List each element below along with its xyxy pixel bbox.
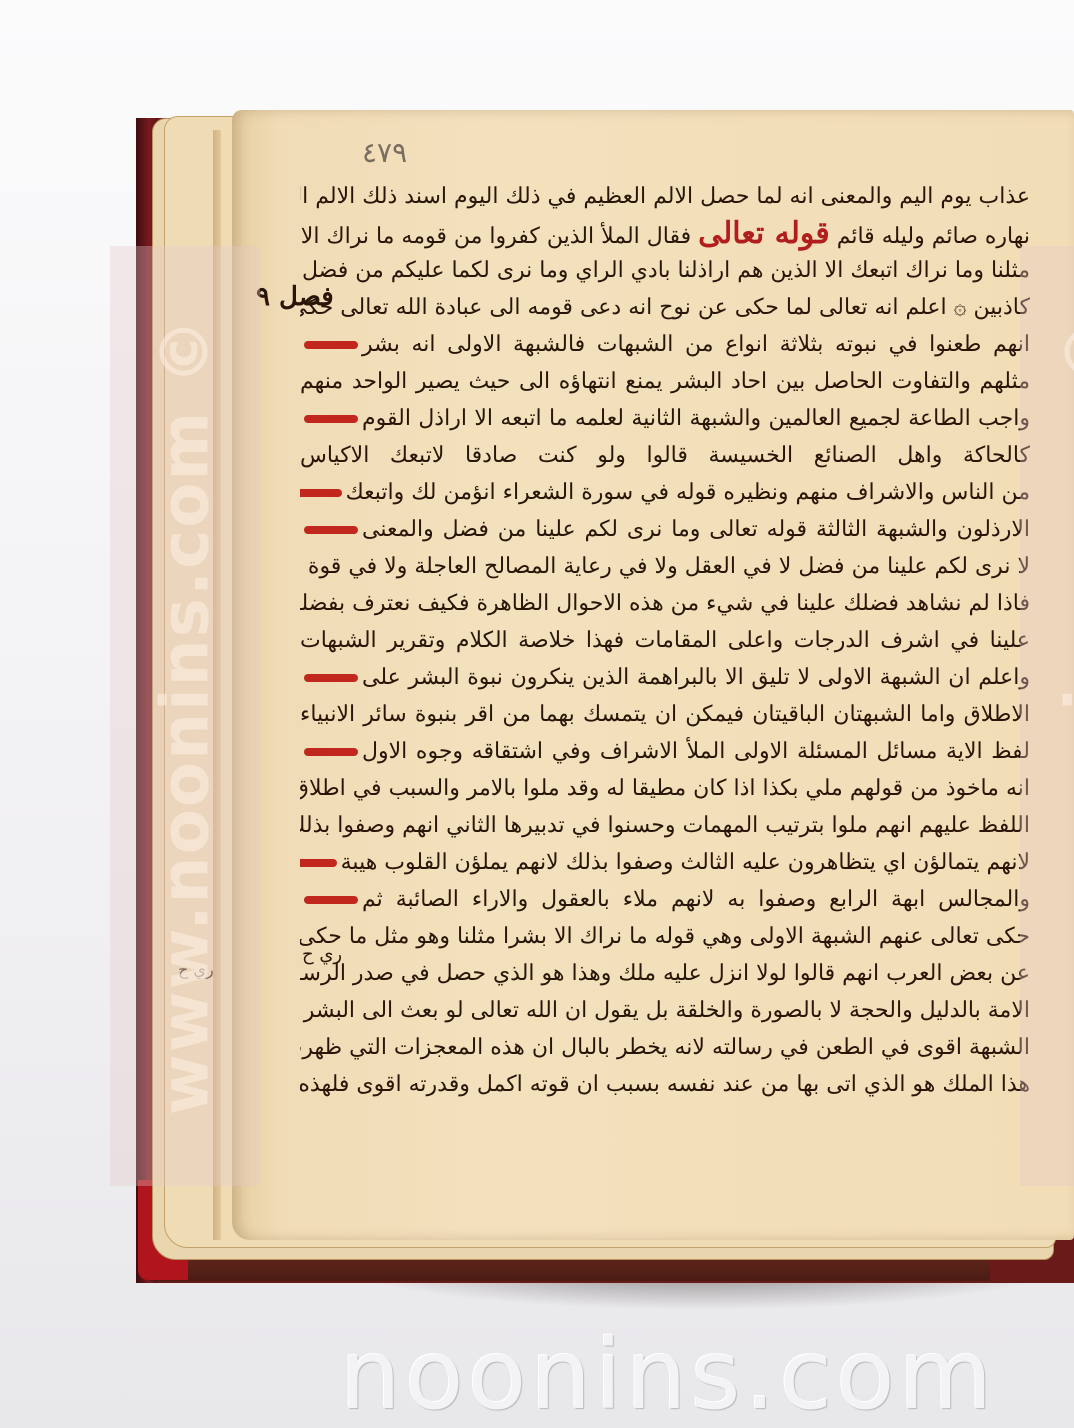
- text-segment: لانهم يتمالؤن اي يتظاهرون عليه الثالث وص…: [341, 850, 1030, 875]
- text-segment: والمجالس ابهة الرابع وصفوا به لانهم ملاء…: [362, 887, 1030, 912]
- text-line: الارذلون والشبهة الثالثة قوله تعالى وما …: [300, 511, 1030, 548]
- text-line: من الناس والاشراف منهم ونظيره قوله في سو…: [300, 474, 1030, 511]
- watermark-bottom: noonins.com: [340, 1330, 1074, 1420]
- red-overline-mark: [304, 415, 358, 423]
- text-segment: واعلم ان الشبهة الاولى لا تليق الا بالبر…: [362, 665, 1030, 690]
- text-segment: انهم طعنوا في نبوته بثلاثة انواع من الشب…: [362, 332, 1030, 357]
- text-line: انهم طعنوا في نبوته بثلاثة انواع من الشب…: [300, 326, 1030, 363]
- text-segment: الارذلون والشبهة الثالثة قوله تعالى وما …: [362, 517, 1030, 542]
- text-line: مثلهم والتفاوت الحاصل بين احاد البشر يمن…: [300, 363, 1030, 400]
- text-line: الامة بالدليل والحجة لا بالصورة والخلقة …: [300, 992, 1030, 1029]
- red-overline-mark: [304, 748, 358, 756]
- watermark-right: www.noonins.com ©: [1020, 246, 1074, 1186]
- watermark-right-text: www.noonins.com ©: [1052, 317, 1074, 1116]
- text-segment: فقال الملأ الذين كفروا من قومه ما نراك ا…: [300, 224, 691, 249]
- text-line: واجب الطاعة لجميع العالمين والشبهة الثان…: [300, 400, 1030, 437]
- red-overline-mark: [304, 526, 358, 534]
- red-overline-mark: [304, 674, 358, 682]
- text-line: عذاب يوم اليم والمعنى انه لما حصل الالم …: [300, 178, 1030, 215]
- manuscript-text: عذاب يوم اليم والمعنى انه لما حصل الالم …: [300, 178, 1030, 1103]
- text-segment: لفظ الاية مسائل المسئلة الاولى الملأ الا…: [362, 739, 1030, 764]
- red-overline-mark: [304, 896, 358, 904]
- red-overline-mark: [304, 341, 358, 349]
- watermark-left-text: www.noonins.com ©: [147, 317, 224, 1116]
- text-line: لا نرى لكم علينا من فضل لا في العقل ولا …: [300, 548, 1030, 585]
- watermark-left: www.noonins.com ©: [110, 246, 260, 1186]
- text-segment: واجب الطاعة لجميع العالمين والشبهة الثان…: [362, 406, 1030, 431]
- text-segment: اللفظ عليهم انهم ملوا بترتيب المهمات وحس…: [300, 813, 1030, 838]
- folio-number: ٤٧٩: [362, 136, 407, 169]
- text-line-with-rubric: نهاره صائم وليله قائم قوله تعالى فقال ال…: [300, 215, 1030, 252]
- text-line: عن بعض العرب انهم قالوا لولا انزل عليه م…: [300, 955, 1030, 992]
- rubric-heading: قوله تعالى: [698, 216, 830, 251]
- red-overline-mark: [300, 489, 342, 497]
- text-line: والمجالس ابهة الرابع وصفوا به لانهم ملاء…: [300, 881, 1030, 918]
- text-line: اللفظ عليهم انهم ملوا بترتيب المهمات وحس…: [300, 807, 1030, 844]
- text-line: لانهم يتمالؤن اي يتظاهرون عليه الثالث وص…: [300, 844, 1030, 881]
- text-line: كاذبين ۞ اعلم انه تعالى لما حكى عن نوح ا…: [300, 289, 1030, 326]
- text-segment: من الناس والاشراف منهم ونظيره قوله في سو…: [346, 480, 1030, 505]
- text-line: الشبهة اقوى في الطعن في رسالته لانه يخطر…: [300, 1029, 1030, 1066]
- text-line: علينا في اشرف الدرجات واعلى المقامات فهذ…: [300, 622, 1030, 659]
- text-segment: نهاره صائم وليله قائم: [837, 224, 1030, 249]
- red-overline-mark: [300, 859, 337, 867]
- text-line: فاذا لم نشاهد فضلك علينا في شيء من هذه ا…: [300, 585, 1030, 622]
- text-line: الاطلاق واما الشبهتان الباقيتان فيمكن ان…: [300, 696, 1030, 733]
- text-line: لفظ الاية مسائل المسئلة الاولى الملأ الا…: [300, 733, 1030, 770]
- text-line: واعلم ان الشبهة الاولى لا تليق الا بالبر…: [300, 659, 1030, 696]
- text-line: هذا الملك هو الذي اتى بها من عند نفسه بس…: [300, 1066, 1030, 1103]
- text-line: حكى تعالى عنهم الشبهة الاولى وهي قوله ما…: [300, 918, 1030, 955]
- text-line: كالحاكة واهل الصنائع الخسيسة قالوا ولو ك…: [300, 437, 1030, 474]
- text-line: مثلنا وما نراك اتبعك الا الذين هم اراذلن…: [300, 252, 1030, 289]
- text-line: انه ماخوذ من قولهم ملي بكذا اذا كان مطيق…: [300, 770, 1030, 807]
